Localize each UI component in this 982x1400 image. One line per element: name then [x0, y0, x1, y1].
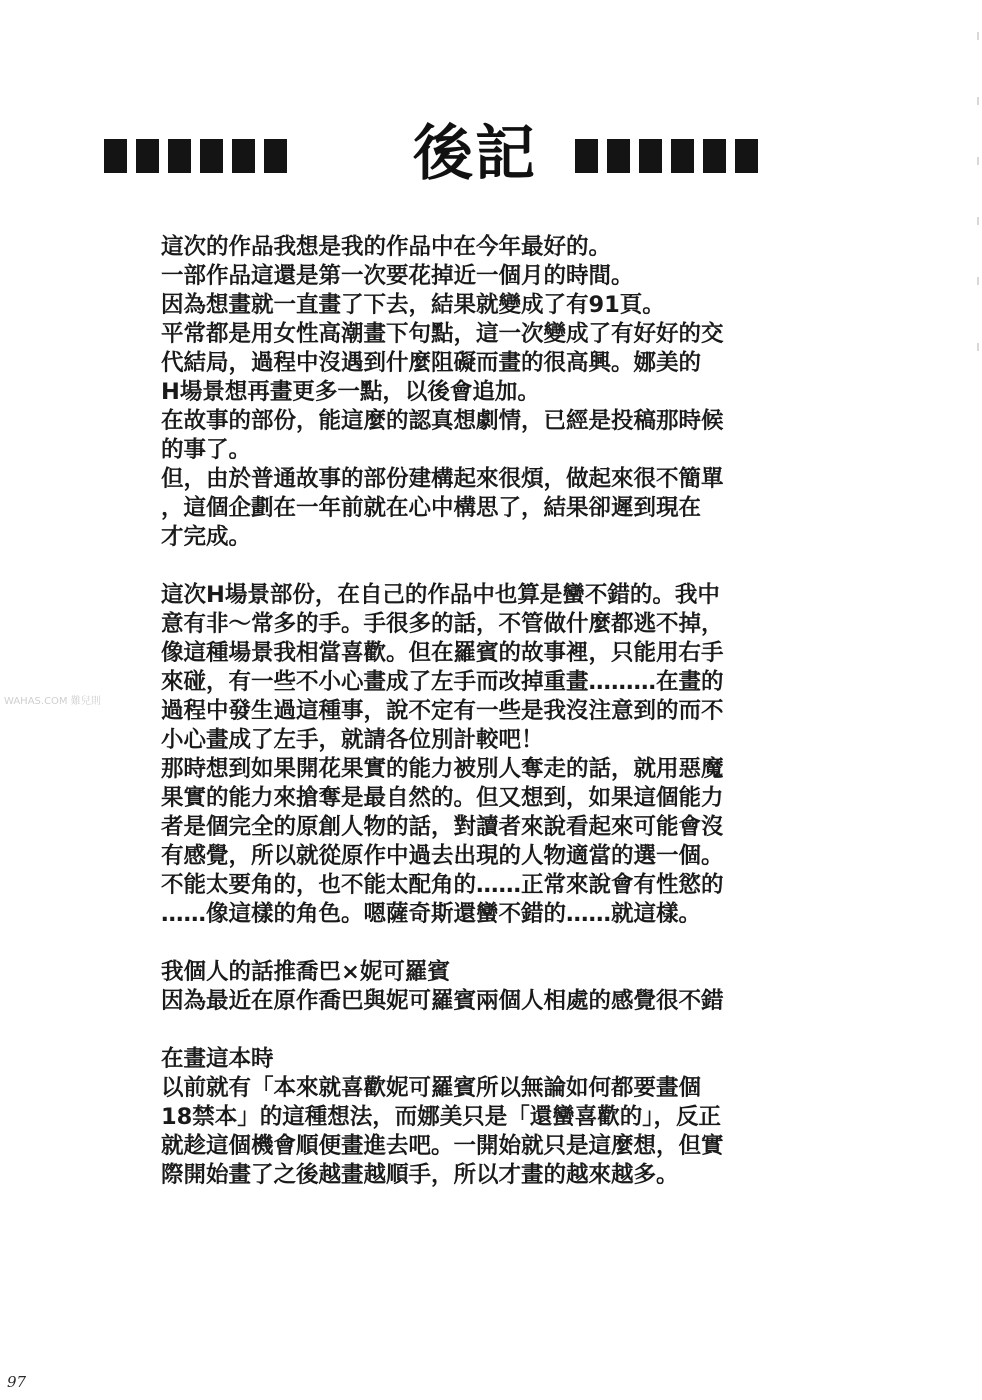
paragraph-gap: [161, 1016, 801, 1045]
text-line: 不能太要角的，也不能太配角的……正常來說會有性慾的: [161, 871, 801, 900]
text-line: 果實的能力來搶奪是最自然的。但又想到，如果這個能力: [161, 784, 801, 813]
edge-mark: [977, 217, 979, 225]
text-line: 在故事的部份，能這麼的認真想劇情，已經是投稿那時候: [161, 407, 801, 436]
paragraph-gap: [161, 552, 801, 581]
decoration-block: [136, 139, 159, 173]
text-line: 代結局，過程中沒遇到什麼阻礙而畫的很高興。娜美的: [161, 349, 801, 378]
decoration-block: [104, 139, 127, 173]
text-line: 意有非～常多的手。手很多的話，不管做什麼都逃不掉，: [161, 610, 801, 639]
paragraph-2: 這次H場景部份，在自己的作品中也算是蠻不錯的。我中 意有非～常多的手。手很多的話…: [161, 581, 801, 929]
decoration-block: [168, 139, 191, 173]
afterword-body: 這次的作品我想是我的作品中在今年最好的。 一部作品這還是第一次要花掉近一個月的時…: [161, 233, 801, 1190]
text-line: 我個人的話推喬巴×妮可羅賓: [161, 958, 801, 987]
page-number: 97: [7, 1373, 26, 1391]
text-line: 過程中發生過這種事，說不定有一些是我沒注意到的而不: [161, 697, 801, 726]
text-line: 在畫這本時: [161, 1045, 801, 1074]
decoration-block: [703, 139, 726, 173]
text-line: H場景想再畫更多一點，以後會追加。: [161, 378, 801, 407]
decoration-block: [735, 139, 758, 173]
text-line: 這次的作品我想是我的作品中在今年最好的。: [161, 233, 801, 262]
text-line: 一部作品這還是第一次要花掉近一個月的時間。: [161, 262, 801, 291]
text-line: 的事了。: [161, 436, 801, 465]
edge-mark: [977, 277, 979, 285]
edge-mark: [977, 343, 979, 351]
text-line: 但，由於普通故事的部份建構起來很煩，做起來很不簡單: [161, 465, 801, 494]
watermark: WAHAS.COM 難兒則: [4, 692, 101, 707]
binding-edge-marks: [977, 0, 981, 1400]
text-line: 因為想畫就一直畫了下去，結果就變成了有91頁。: [161, 291, 801, 320]
paragraph-3: 我個人的話推喬巴×妮可羅賓 因為最近在原作喬巴與妮可羅賓兩個人相處的感覺很不錯: [161, 958, 801, 1016]
text-line: 來碰，有一些不小心畫成了左手而改掉重畫………在畫的: [161, 668, 801, 697]
text-line: ，這個企劃在一年前就在心中構思了，結果卻遲到現在: [161, 494, 801, 523]
left-decoration-blocks: [104, 139, 287, 173]
decoration-block: [264, 139, 287, 173]
decoration-block: [671, 139, 694, 173]
page-title: 後記: [413, 114, 537, 194]
edge-mark: [977, 157, 979, 165]
text-line: 際開始畫了之後越畫越順手，所以才畫的越來越多。: [161, 1161, 801, 1190]
title-banner: 後記: [104, 120, 844, 200]
edge-mark: [977, 32, 979, 40]
text-line: 就趁這個機會順便畫進去吧。一開始就只是這麼想，但實: [161, 1132, 801, 1161]
text-line: 有感覺，所以就從原作中過去出現的人物適當的選一個。: [161, 842, 801, 871]
text-line: 那時想到如果開花果實的能力被別人奪走的話，就用惡魔: [161, 755, 801, 784]
text-line: 以前就有「本來就喜歡妮可羅賓所以無論如何都要畫個: [161, 1074, 801, 1103]
text-line: 平常都是用女性高潮畫下句點，這一次變成了有好好的交: [161, 320, 801, 349]
decoration-block: [639, 139, 662, 173]
right-decoration-blocks: [575, 139, 758, 173]
text-line: 因為最近在原作喬巴與妮可羅賓兩個人相處的感覺很不錯: [161, 987, 801, 1016]
text-line: 者是個完全的原創人物的話，對讀者來說看起來可能會沒: [161, 813, 801, 842]
paragraph-1: 這次的作品我想是我的作品中在今年最好的。 一部作品這還是第一次要花掉近一個月的時…: [161, 233, 801, 552]
paragraph-4: 在畫這本時 以前就有「本來就喜歡妮可羅賓所以無論如何都要畫個 18禁本」的這種想…: [161, 1045, 801, 1190]
text-line: 小心畫成了左手，就請各位別計較吧！: [161, 726, 801, 755]
edge-mark: [977, 97, 979, 105]
decoration-block: [575, 139, 598, 173]
text-line: 才完成。: [161, 523, 801, 552]
text-line: 這次H場景部份，在自己的作品中也算是蠻不錯的。我中: [161, 581, 801, 610]
text-line: 18禁本」的這種想法，而娜美只是「還蠻喜歡的」，反正: [161, 1103, 801, 1132]
paragraph-gap: [161, 929, 801, 958]
decoration-block: [232, 139, 255, 173]
decoration-block: [200, 139, 223, 173]
text-line: ……像這樣的角色。嗯薩奇斯還蠻不錯的……就這樣。: [161, 900, 801, 929]
decoration-block: [607, 139, 630, 173]
text-line: 像這種場景我相當喜歡。但在羅賓的故事裡，只能用右手: [161, 639, 801, 668]
